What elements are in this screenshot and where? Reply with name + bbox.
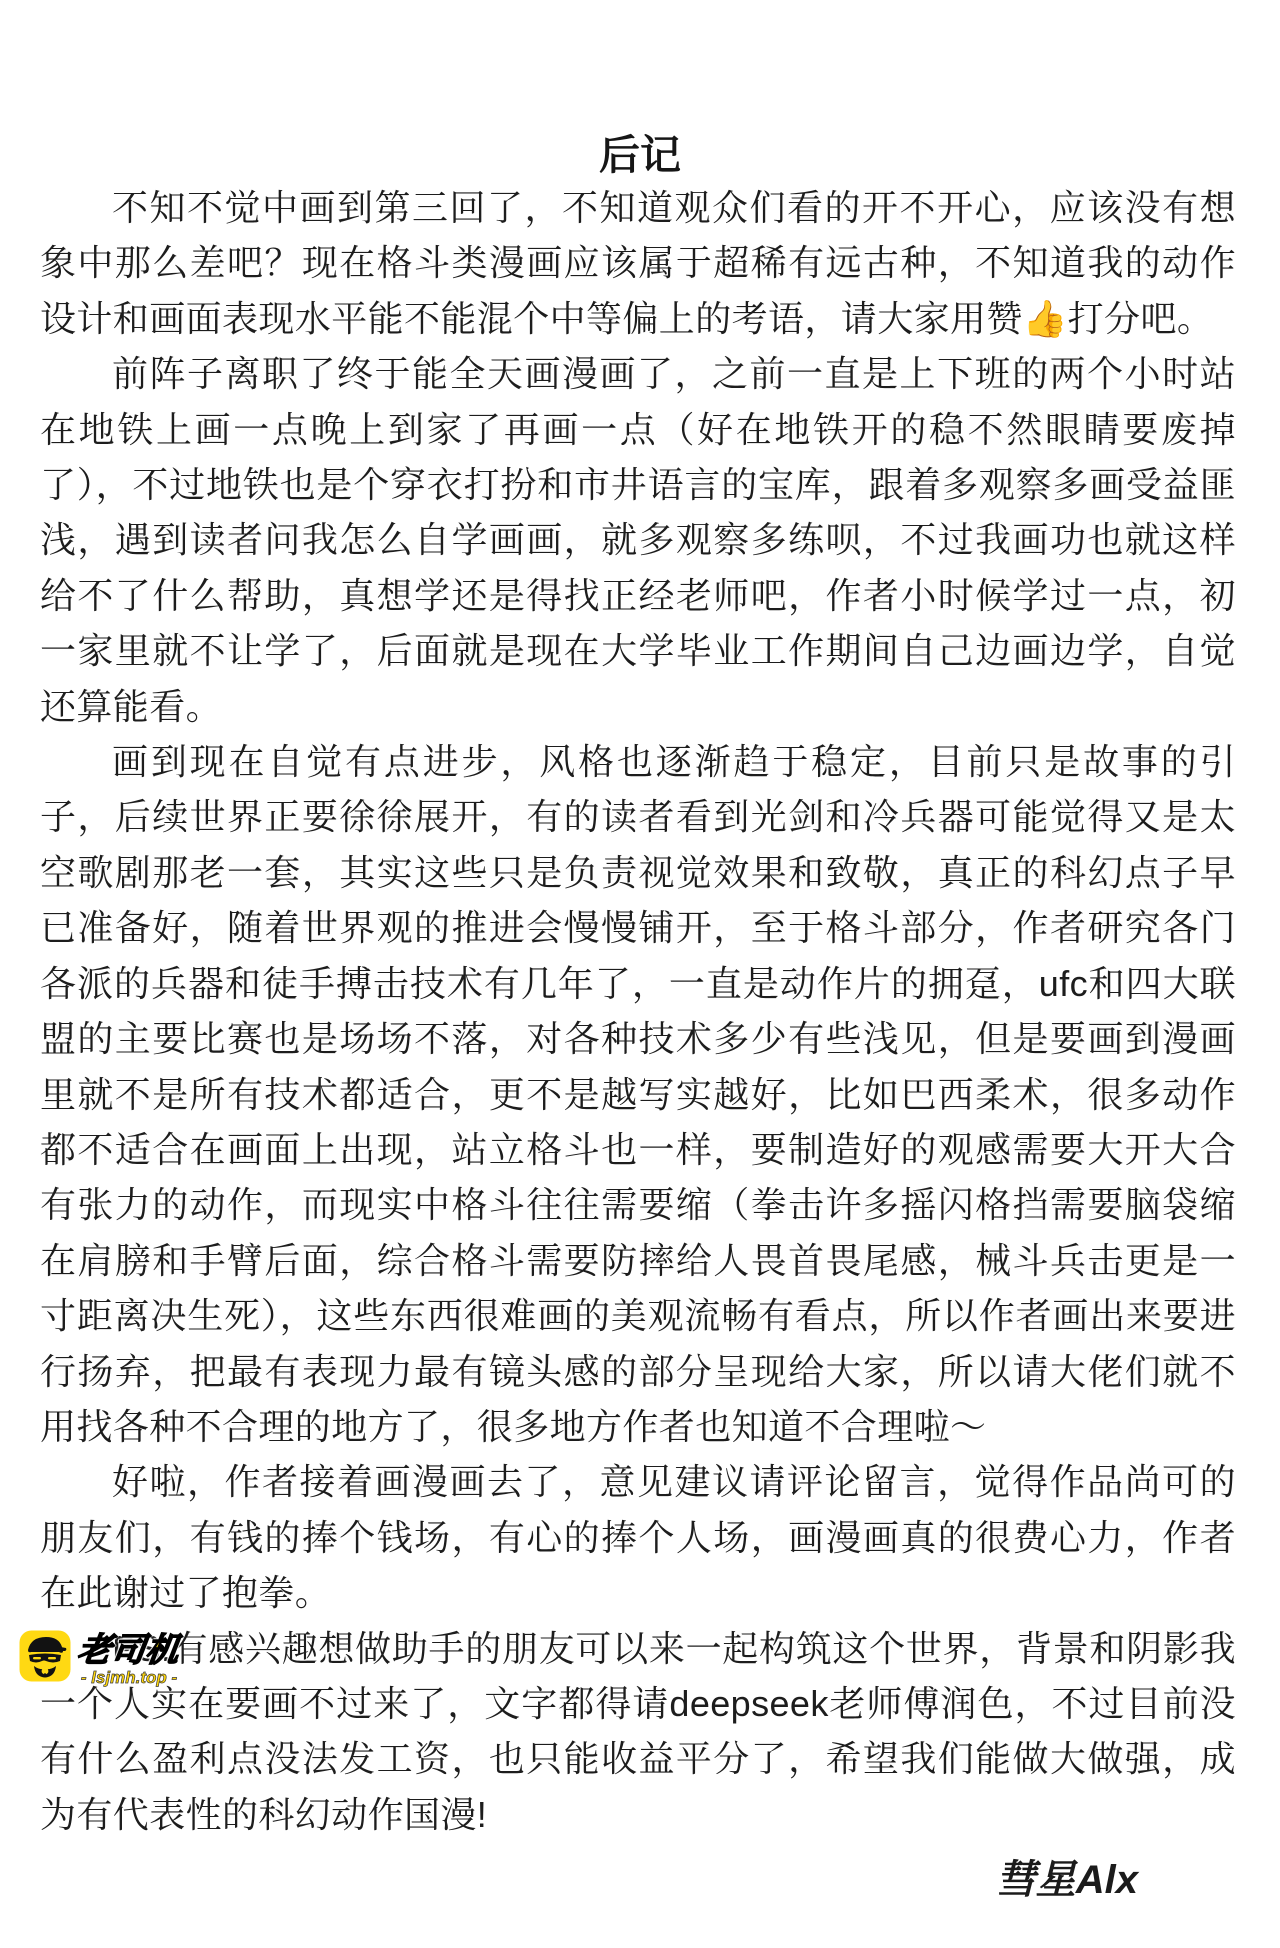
- paragraph-1-text-after: 打分吧。: [1068, 298, 1214, 339]
- afterword-text: 不知不觉中画到第三回了，不知道观众们看的开不开心，应该没有想象中那么差吧？现在格…: [40, 180, 1236, 1842]
- watermark-text-block: 老司机 - lsjmh.top -: [78, 1633, 180, 1686]
- driver-avatar-icon: [19, 1630, 71, 1682]
- paragraph-5: PS.有感兴趣想做助手的朋友可以来一起构筑这个世界，背景和阴影我一个人实在要画不…: [40, 1621, 1236, 1843]
- watermark: 老司机 - lsjmh.top -: [19, 1630, 180, 1686]
- afterword-page: 后记 不知不觉中画到第三回了，不知道观众们看的开不开心，应该没有想象中那么差吧？…: [0, 0, 1280, 1948]
- watermark-site-url: - lsjmh.top -: [81, 1669, 177, 1686]
- author-signature: 彗星Alx: [0, 1848, 1280, 1905]
- paragraph-2: 前阵子离职了终于能全天画漫画了，之前一直是上下班的两个小时站在地铁上画一点晚上到…: [40, 346, 1236, 734]
- thumbs-up-emoji: 👍: [1023, 298, 1068, 339]
- page-title: 后记: [0, 0, 1280, 180]
- watermark-site-name: 老司机: [76, 1633, 183, 1666]
- paragraph-3: 画到现在自觉有点进步，风格也逐渐趋于稳定，目前只是故事的引子，后续世界正要徐徐展…: [40, 734, 1236, 1454]
- paragraph-1: 不知不觉中画到第三回了，不知道观众们看的开不开心，应该没有想象中那么差吧？现在格…: [40, 180, 1236, 346]
- paragraph-4: 好啦，作者接着画漫画去了，意见建议请评论留言，觉得作品尚可的朋友们，有钱的捧个钱…: [40, 1454, 1236, 1620]
